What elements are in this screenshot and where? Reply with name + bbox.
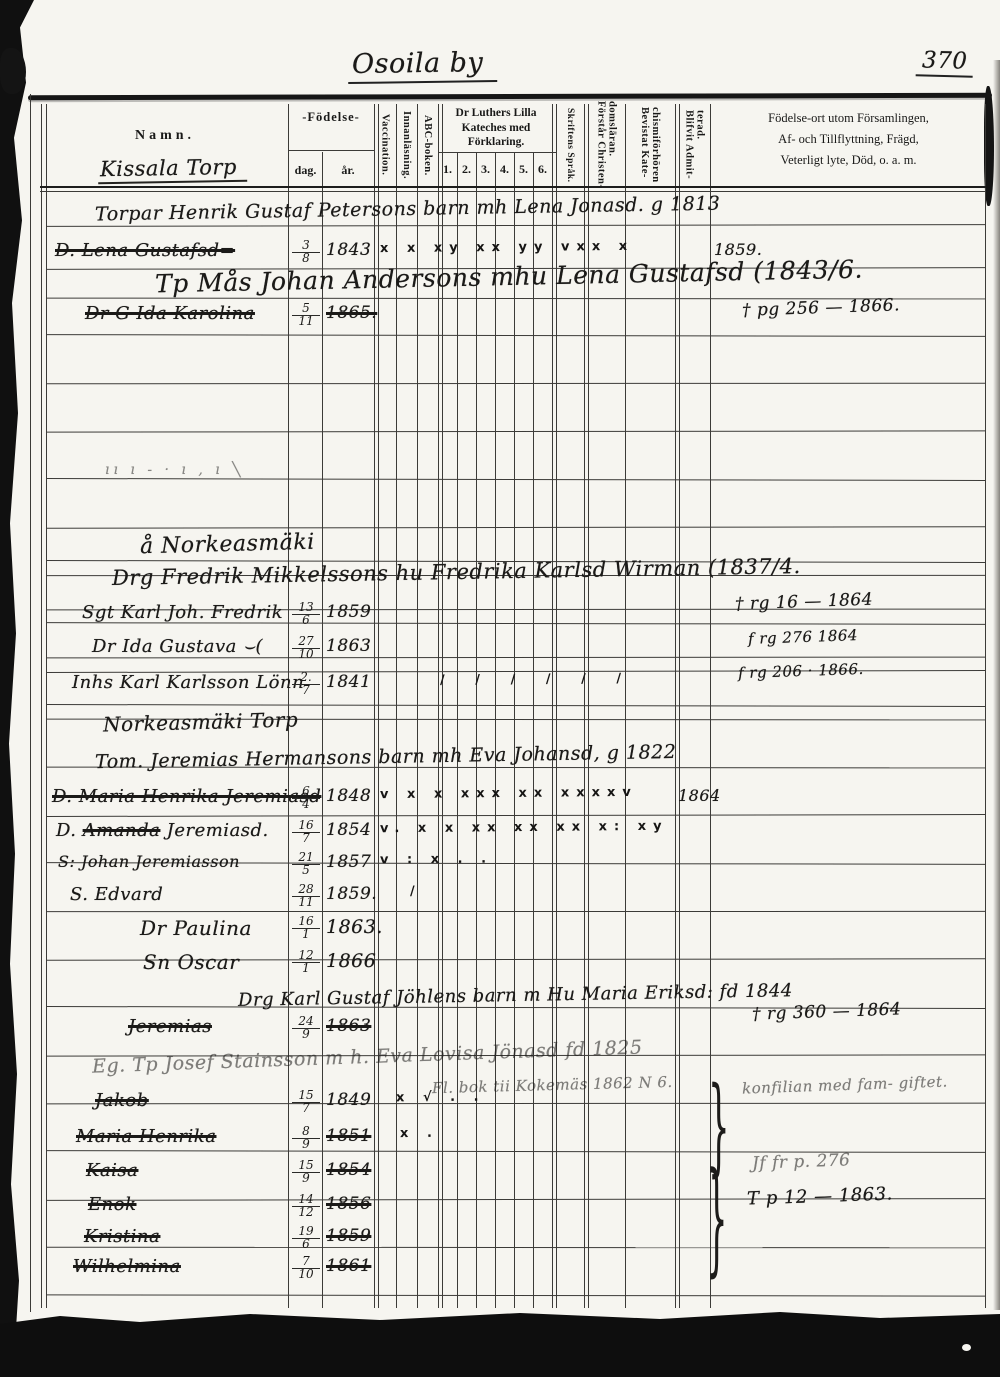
margin-note: Jf fr p. 276 [752, 1150, 851, 1173]
entry-year: 1859. [326, 884, 377, 904]
grid-vline [495, 152, 496, 1308]
entry-marks: x . [400, 1126, 439, 1141]
scan-right-edge [993, 60, 1000, 1310]
section-heading: Norkeasmäki Torp [103, 707, 299, 736]
grid-hline [46, 911, 985, 912]
grid-vline [41, 104, 42, 1308]
margin-note: † rg 360 — 1864 [752, 999, 902, 1024]
entry-day: 38 [292, 240, 320, 264]
entry-year: 1863 [326, 1016, 371, 1036]
entry-day: 136 [292, 602, 320, 626]
col-header-fodelseort: Födelse-ort utom Församlingen, Af- och T… [712, 108, 985, 171]
kateches-col-4: 4. [495, 162, 514, 177]
entry-year: 1859 [326, 1226, 371, 1246]
family-heading: Torpar Henrik Gustaf Petersons barn mh L… [95, 193, 721, 226]
col-header-vaccination: Vaccination. [374, 104, 396, 186]
entry-year: 1854 [326, 820, 371, 840]
family-heading: Tp Mås Johan Andersons mhu Lena Gustafsd… [155, 255, 863, 299]
entry-marks: / [410, 884, 422, 899]
col-header-ar: år. [322, 163, 374, 178]
margin-note: † pg 256 — 1866. [742, 295, 901, 321]
entry-day: 2811 [292, 884, 320, 908]
entry-name: D. Lena Gustafsd= [55, 240, 235, 261]
pencil-scribble: ıı ı - · ı , ı ╲ [105, 462, 245, 478]
header-bottom-rule [40, 186, 986, 188]
col-header-namn: Namn. [42, 128, 288, 144]
entry-name: S. Edvard [70, 884, 163, 905]
margin-note: f rg 276 1864 [748, 626, 858, 648]
kateches-col-3: 3. [476, 162, 495, 177]
col-header-dag: dag. [289, 163, 322, 178]
entry-day: 710 [292, 1256, 320, 1280]
entry-name: Sn Oscar [143, 950, 239, 974]
grid-vline [46, 104, 47, 1308]
grid-hline-short [288, 150, 374, 151]
scan-left-edge [0, 0, 34, 1377]
grid-hline [46, 1103, 985, 1105]
entry-name: D. Amanda Jeremiasd. [56, 820, 269, 841]
grid-hline-short [438, 152, 556, 153]
entry-year: 1843 [326, 240, 371, 260]
header-bottom-rule2 [40, 191, 986, 192]
col-header-fodelse: -Födelse- [288, 110, 374, 125]
col-header-bevistat-katechismiforhoren: Bevistat Kate-chismiförhören [625, 104, 675, 186]
entry-marks: v. x x xx xx xx x: xy [380, 819, 669, 837]
entry-year: 1857 [326, 852, 371, 872]
margin-note: konfilian med fam- giftet. [742, 1072, 948, 1097]
top-rule [28, 93, 992, 101]
entry-day: 2710 [292, 636, 320, 660]
entry-name: Enok [88, 1194, 136, 1215]
scan-speck [962, 1344, 971, 1351]
grid-hline [46, 526, 985, 528]
grid-hline [46, 1294, 985, 1296]
entry-year: 1841 [326, 672, 371, 692]
margin-note: † rg 16 — 1864 [735, 590, 874, 615]
entry-name: Inhs Karl Karlsson Lönn [72, 672, 304, 693]
entry-marks: x x xy xx yy vxx x [380, 239, 634, 256]
grid-hline [46, 430, 985, 432]
grid-hline [46, 814, 985, 817]
entry-year: 1863 [326, 636, 371, 656]
entry-name: Dr Ida Gustava ⌣( [92, 636, 263, 657]
kateches-col-1: 1. [438, 162, 457, 177]
entry-name: S: Johan Jeremiasson [58, 852, 240, 871]
entry-marks: v : x . . [380, 852, 493, 868]
grid-vline [514, 152, 515, 1308]
entry-day: 215 [292, 852, 320, 876]
entry-year: 1865. [326, 303, 377, 323]
entry-name: Jeremias [128, 1016, 212, 1037]
scan-bottom-edge [0, 1310, 1000, 1377]
entry-year: 1848 [326, 786, 371, 806]
entry-year: 1861 [326, 1256, 371, 1276]
entry-day: 511 [292, 303, 320, 327]
grid-hline [46, 383, 985, 384]
family-heading: Eg. Tp Josef Stainsson m h. Eva Lovisa J… [92, 1036, 643, 1077]
entry-day: 121 [292, 950, 320, 974]
entry-day: 157 [292, 1090, 320, 1114]
entry-day: 89 [292, 1126, 320, 1150]
margin-brace: } [706, 1148, 728, 1292]
col-header-kateches: Dr Luthers Lilla Kateches med Förklaring… [440, 106, 552, 150]
entry-year: 1863. [326, 916, 383, 938]
entry-day: 1412 [292, 1194, 320, 1218]
page-title-handwritten: Osoila by [348, 47, 498, 84]
entry-name: Jakob [95, 1090, 149, 1111]
grid-vline [30, 94, 31, 1312]
entry-day: 159 [292, 1160, 320, 1184]
grid-vline [533, 152, 534, 1308]
ledger-page: Osoila by 370 Namn. -Födelse- dag. år. V… [0, 0, 1000, 1377]
page-number: 370 [916, 47, 974, 77]
entry-day: 196 [292, 1226, 320, 1250]
entry-name: Dr Paulina [140, 916, 252, 940]
col-header-blifvit-admitterad: Blifvit Admit-terad. [679, 104, 710, 186]
grid-vline [322, 152, 323, 1308]
grid-hline [46, 224, 985, 227]
entry-day: 249 [292, 1016, 320, 1040]
kateches-col-2: 2. [457, 162, 476, 177]
entry-year: 1859 [326, 602, 371, 622]
entry-day: 64 [292, 786, 320, 810]
kateches-col-5: 5. [514, 162, 533, 177]
grid-hline [46, 1247, 985, 1248]
margin-note: T p 12 — 1863. [747, 1183, 894, 1209]
entry-year: 1854 [326, 1160, 371, 1180]
entry-marks: / / / / / / [440, 671, 634, 688]
entry-year: 1866 [326, 950, 376, 972]
section-title-kissala: Kissala Torp [98, 155, 247, 185]
grid-vline [985, 104, 986, 1308]
grid-hline [46, 334, 985, 337]
entry-year: 1856 [326, 1194, 371, 1214]
margin-note: f rg 206 · 1866. [738, 660, 864, 682]
entry-name: Maria Henrika [76, 1126, 216, 1147]
entry-year: 1851 [326, 1126, 371, 1146]
entry-name: Kaisa [86, 1160, 138, 1181]
entry-day: 167 [292, 820, 320, 844]
entry-marks: x √ . . [396, 1090, 486, 1106]
col-header-abc-boken: ABC-boken. [417, 104, 438, 186]
grid-vline [457, 152, 458, 1308]
grid-hline [46, 478, 985, 481]
entry-name: Sgt Karl Joh. Fredrik [82, 602, 283, 623]
kateches-col-6: 6. [533, 162, 552, 177]
entry-marks: v x x xxx xx xxxxv [380, 785, 638, 802]
grid-vline [476, 152, 477, 1308]
col-header-forstar-christendomslaran: Förstår Christen-domsläran. [588, 104, 625, 186]
entry-name: Kristina [84, 1226, 160, 1247]
section-heading: å Norkeasmäki [140, 530, 315, 560]
entry-day: 161 [292, 916, 320, 940]
entry-name: Wilhelmina [73, 1256, 181, 1277]
ink-blot [0, 48, 26, 94]
entry-year: 1849 [326, 1090, 371, 1110]
entry-name: D. Maria Henrika Jeremiasd [52, 786, 321, 807]
grid-hline [46, 704, 985, 707]
col-header-innanlasning: Innanläsning. [396, 104, 417, 186]
entry-name: Dr G Ida Karolina [85, 303, 255, 324]
entry-day: 2.7 [292, 672, 320, 696]
family-heading: Tom. Jeremias Hermansons barn mh Eva Joh… [95, 741, 677, 773]
col-header-skriftens-sprak: Skriftens Språk. [556, 104, 584, 186]
entry-admitted-year: 1864 [678, 786, 721, 805]
